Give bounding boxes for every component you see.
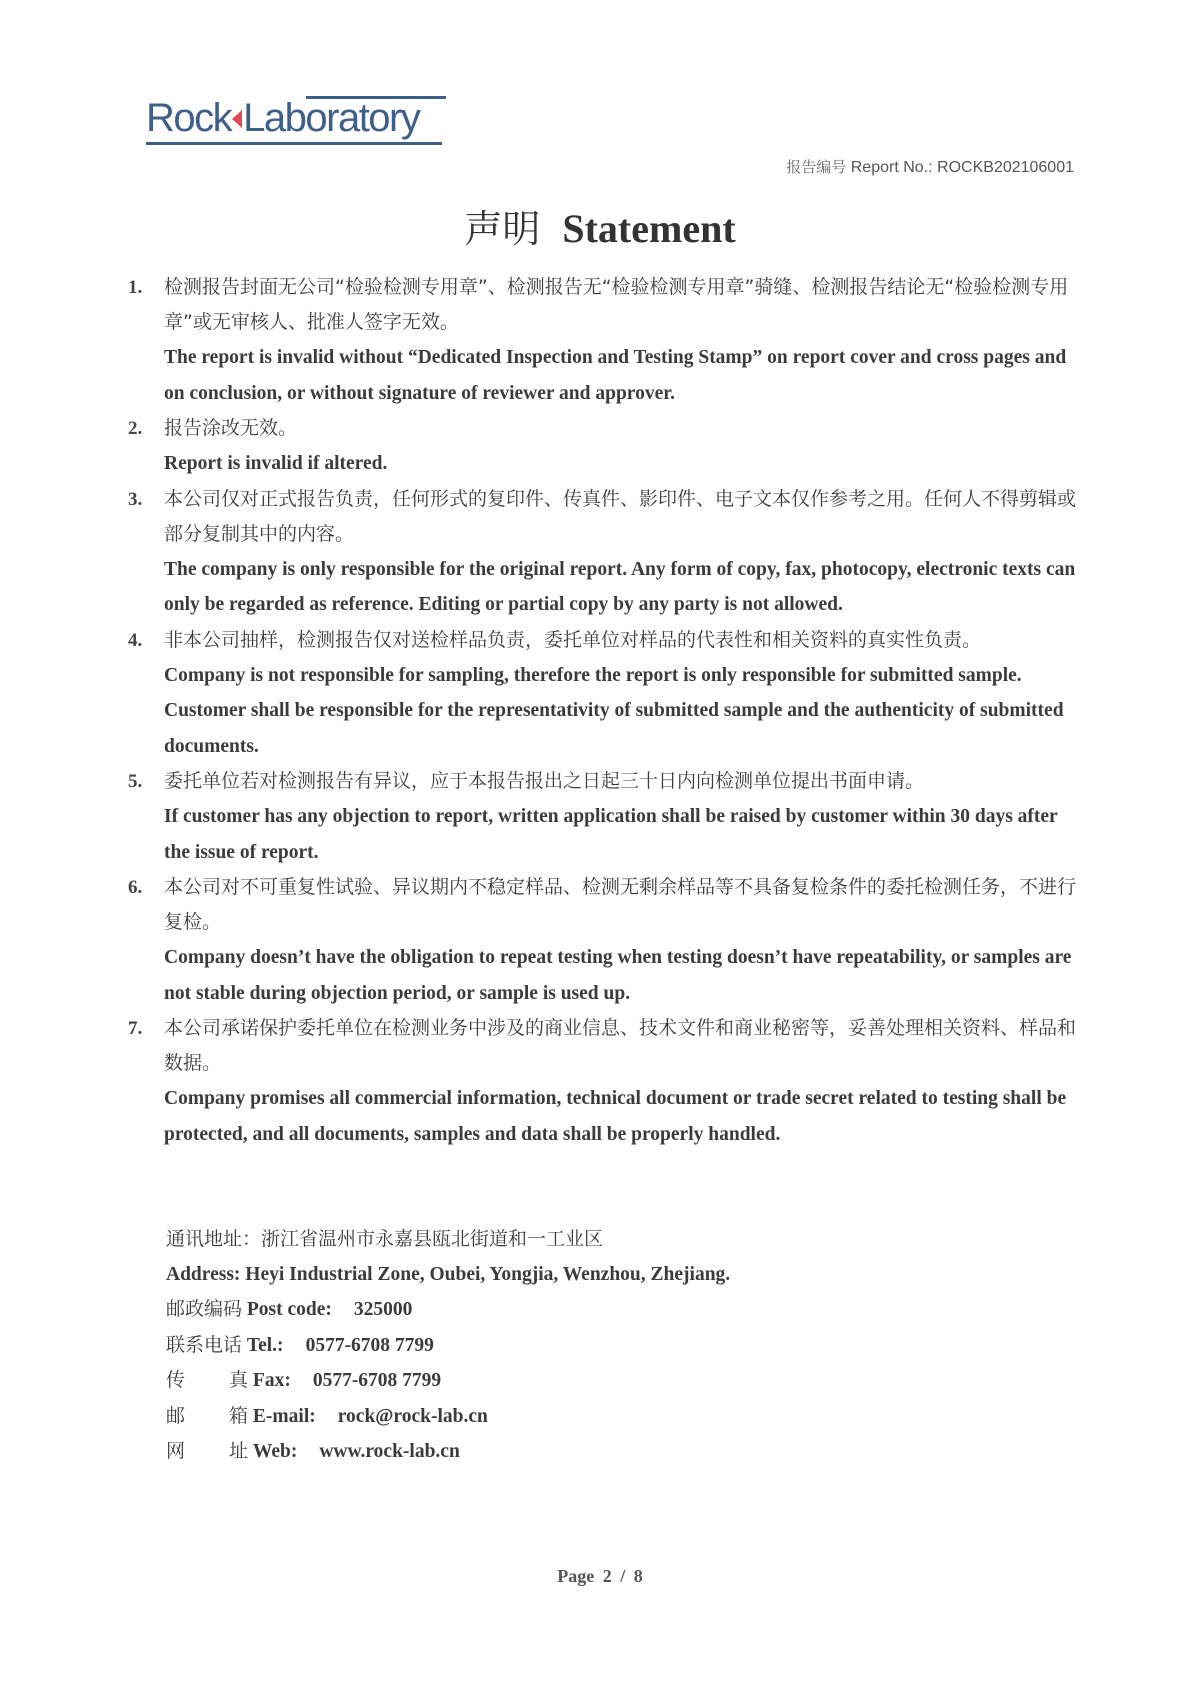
item-text-cn: 非本公司抽样，检测报告仅对送检样品负责，委托单位对样品的代表性和相关资料的真实性… [164,623,1078,658]
statement-item-5: 5. 委托单位若对检测报告有异议，应于本报告报出之日起三十日内向检测单位提出书面… [128,764,1078,870]
statement-item-3: 3. 本公司仅对正式报告负责，任何形式的复印件、传真件、影印件、电子文本仅作参考… [128,482,1078,623]
address-cn-value: 浙江省温州市永嘉县瓯北街道和一工业区 [261,1228,603,1250]
address-en-value: Heyi Industrial Zone, Oubei, Yongjia, We… [245,1264,730,1285]
web-cn-label-1: 网 [166,1440,185,1462]
item-text-cn: 本公司对不可重复性试验、异议期内不稳定样品、检测无剩余样品等不具备复检条件的委托… [164,870,1078,940]
tel-en-label: Tel.: [247,1335,284,1356]
fax-value: 0577-6708 7799 [313,1370,441,1391]
email-en-label: E-mail: [253,1406,316,1427]
fax-cn-label-1: 传 [166,1369,185,1391]
address-en-row: Address: Heyi Industrial Zone, Oubei, Yo… [166,1258,966,1293]
statement-item-7: 7. 本公司承诺保护委托单位在检测业务中涉及的商业信息、技术文件和商业秘密等，妥… [128,1011,1078,1152]
statement-item-1: 1. 检测报告封面无公司“检验检测专用章”、检测报告无“检验检测专用章”骑缝、检… [128,270,1078,411]
page-current: 2 [603,1566,612,1586]
email-cn-label-1: 邮 [166,1405,185,1427]
page-separator: / [620,1566,625,1586]
logo-wordmark: RockLaboratory [146,98,419,138]
logo-triangle-icon [232,110,242,128]
address-cn-label: 通讯地址： [166,1228,261,1250]
statement-item-2: 2. 报告涂改无效。 Report is invalid if altered. [128,411,1078,482]
website-link[interactable]: www.rock-lab.cn [319,1441,459,1462]
postcode-cn-label: 邮政编码 [166,1298,242,1320]
postcode-en-label: Post code: [247,1299,332,1320]
item-text-en: The report is invalid without “Dedicated… [164,340,1078,411]
item-text-cn: 本公司承诺保护委托单位在检测业务中涉及的商业信息、技术文件和商业秘密等，妥善处理… [164,1011,1078,1081]
address-cn-row: 通讯地址：浙江省温州市永嘉县瓯北街道和一工业区 [166,1222,966,1258]
contact-info: 通讯地址：浙江省温州市永嘉县瓯北街道和一工业区 Address: Heyi In… [166,1222,966,1470]
title-en: Statement [562,206,735,251]
item-text-cn: 检测报告封面无公司“检验检测专用章”、检测报告无“检验检测专用章”骑缝、检测报告… [164,270,1078,340]
item-number: 1. [128,270,142,305]
page-indicator: Page 2 / 8 [0,1566,1200,1587]
report-no-label-cn: 报告编号 [786,158,846,176]
item-text-en: Report is invalid if altered. [164,446,1078,482]
item-number: 7. [128,1011,142,1046]
tel-value: 0577-6708 7799 [306,1335,434,1356]
web-en-label: Web: [253,1441,297,1462]
logo-text-rock: Rock [146,96,231,140]
item-text-cn: 委托单位若对检测报告有异议，应于本报告报出之日起三十日内向检测单位提出书面申请。 [164,764,1078,799]
email-cn-label-2: 箱 [229,1405,248,1427]
logo-text-laboratory: Laboratory [243,96,419,140]
item-number: 5. [128,764,142,799]
item-text-en: The company is only responsible for the … [164,552,1078,623]
item-number: 3. [128,482,142,517]
web-row: 网址 Web:www.rock-lab.cn [166,1434,966,1470]
fax-row: 传真 Fax:0577-6708 7799 [166,1363,966,1399]
company-logo: RockLaboratory [146,92,446,148]
fax-cn-label-2: 真 [229,1369,248,1391]
address-en-label: Address: [166,1264,240,1285]
postcode-value: 325000 [354,1299,413,1320]
page-title: 声明Statement [0,198,1200,253]
item-text-cn: 本公司仅对正式报告负责，任何形式的复印件、传真件、影印件、电子文本仅作参考之用。… [164,482,1078,552]
item-text-cn: 报告涂改无效。 [164,411,1078,446]
page-label: Page [557,1566,594,1586]
item-number: 2. [128,411,142,446]
tel-row: 联系电话 Tel.:0577-6708 7799 [166,1328,966,1364]
item-text-en: Company is not responsible for sampling,… [164,658,1078,765]
title-cn: 声明 [464,207,540,251]
logo-bottom-rule [146,142,442,145]
email-link[interactable]: rock@rock-lab.cn [338,1406,488,1427]
report-no-value: ROCKB202106001 [937,159,1074,176]
statement-list: 1. 检测报告封面无公司“检验检测专用章”、检测报告无“检验检测专用章”骑缝、检… [128,270,1078,1152]
item-number: 6. [128,870,142,905]
report-number: 报告编号 Report No.: ROCKB202106001 [786,156,1074,177]
item-text-en: Company promises all commercial informat… [164,1081,1078,1152]
statement-item-4: 4. 非本公司抽样，检测报告仅对送检样品负责，委托单位对样品的代表性和相关资料的… [128,623,1078,765]
statement-item-6: 6. 本公司对不可重复性试验、异议期内不稳定样品、检测无剩余样品等不具备复检条件… [128,870,1078,1011]
email-row: 邮箱 E-mail:rock@rock-lab.cn [166,1399,966,1435]
item-text-en: If customer has any objection to report,… [164,799,1078,870]
page-total: 8 [634,1566,643,1586]
report-no-label-en: Report No.: [851,159,933,176]
item-text-en: Company doesn’t have the obligation to r… [164,940,1078,1011]
web-cn-label-2: 址 [229,1440,248,1462]
tel-cn-label: 联系电话 [166,1334,242,1356]
postcode-row: 邮政编码 Post code:325000 [166,1292,966,1328]
fax-en-label: Fax: [253,1370,291,1391]
item-number: 4. [128,623,142,658]
